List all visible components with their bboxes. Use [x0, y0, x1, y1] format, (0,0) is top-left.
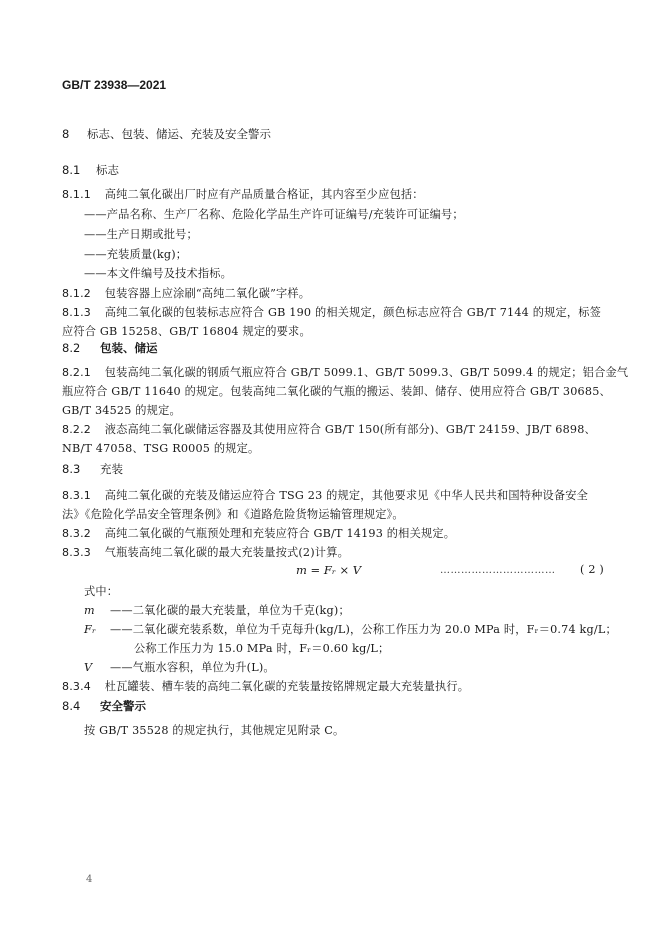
section-title: 包装、储运 — [100, 341, 158, 355]
formula-number: ( 2 ) — [580, 563, 604, 576]
clause-8-3-3: 8.3.3 气瓶装高纯二氧化碳的最大充装量按式(2)计算。 — [62, 544, 349, 560]
clause-text: 高纯二氧化碳的包装标志应符合 GB 190 的相关规定，颜色标志应符合 GB/T… — [105, 306, 601, 319]
section-8-1-heading: 8.1 标志 — [62, 162, 119, 178]
section-number: 8 — [62, 127, 69, 141]
clause-number: 8.3.2 — [62, 527, 91, 540]
section-title: 标志、包装、储运、充装及安全警示 — [87, 127, 271, 141]
clause-8-1-1: 8.1.1 高纯二氧化碳出厂时应有产品质量合格证，其内容至少应包括： — [62, 186, 424, 202]
variable-definition: m——二氧化碳的最大充装量，单位为千克(kg)； — [84, 602, 350, 618]
section-number: 8.3 — [62, 462, 80, 476]
clause-text-cont: 瓶应符合 GB/T 11640 的规定。包装高纯二氧化碳的气瓶的搬运、装卸、储存… — [62, 383, 611, 399]
clause-number: 8.1.3 — [62, 306, 91, 319]
list-item: ——产品名称、生产厂名称、危险化学品生产许可证编号/充装许可证编号； — [84, 206, 464, 222]
page-number: 4 — [86, 874, 92, 885]
clause-text: 包装容器上应涂刷“高纯二氧化碳”字样。 — [105, 287, 310, 300]
clause-8-3-1: 8.3.1 高纯二氧化碳的充装及储运应符合 TSG 23 的规定，其他要求见《中… — [62, 487, 588, 503]
clause-text: 包装高纯二氧化碳的钢质气瓶应符合 GB/T 5099.1、GB/T 5099.3… — [105, 366, 628, 379]
where-label: 式中： — [84, 583, 118, 599]
list-item: ——充装质量(kg)； — [84, 246, 187, 262]
clause-text: 液态高纯二氧化碳储运容器及其使用应符合 GB/T 150(所有部分)、GB/T … — [105, 423, 596, 436]
section-8-4-heading: 8.4 安全警示 — [62, 698, 146, 714]
clause-number: 8.1.1 — [62, 188, 91, 201]
clause-8-2-1: 8.2.1 包装高纯二氧化碳的钢质气瓶应符合 GB/T 5099.1、GB/T … — [62, 364, 628, 380]
clause-text: 气瓶装高纯二氧化碳的最大充装量按式(2)计算。 — [105, 546, 349, 559]
list-item: ——本文件编号及技术指标。 — [84, 265, 232, 281]
clause-number: 8.3.3 — [62, 546, 91, 559]
clause-number: 8.2.2 — [62, 423, 91, 436]
formula-leader-dots: …………………………… — [440, 565, 556, 576]
clause-text-cont: NB/T 47058、TSG R0005 的规定。 — [62, 440, 259, 456]
variable-definition: V——气瓶水容积，单位为升(L)。 — [84, 659, 275, 675]
formula: m = Fᵣ × V — [296, 563, 361, 577]
clause-text: 高纯二氧化碳的充装及储运应符合 TSG 23 的规定，其他要求见《中华人民共和国… — [105, 489, 588, 502]
clause-8-3-2: 8.3.2 高纯二氧化碳的气瓶预处理和充装应符合 GB/T 14193 的相关规… — [62, 525, 455, 541]
standard-header: GB/T 23938—2021 — [62, 78, 166, 92]
clause-8-1-3: 8.1.3 高纯二氧化碳的包装标志应符合 GB 190 的相关规定，颜色标志应符… — [62, 304, 601, 320]
variable-definition: Fᵣ——二氧化碳充装系数，单位为千克每升(kg/L)，公称工作压力为 20.0 … — [84, 621, 617, 637]
section-title: 安全警示 — [100, 699, 146, 713]
clause-8-2-2: 8.2.2 液态高纯二氧化碳储运容器及其使用应符合 GB/T 150(所有部分)… — [62, 421, 596, 437]
clause-text-cont: 法》《危险化学品安全管理条例》和《道路危险货物运输管理规定》。 — [62, 506, 404, 522]
clause-number: 8.1.2 — [62, 287, 91, 300]
variable-symbol: V — [84, 661, 110, 674]
section-title: 标志 — [96, 163, 119, 177]
variable-desc: ——二氧化碳的最大充装量，单位为千克(kg)； — [110, 604, 350, 617]
list-item: ——生产日期或批号； — [84, 226, 198, 242]
clause-text: 高纯二氧化碳的气瓶预处理和充装应符合 GB/T 14193 的相关规定。 — [105, 527, 455, 540]
section-8-2-heading: 8.2 包装、储运 — [62, 340, 157, 356]
clause-text-cont: 应符合 GB 15258、GB/T 16804 规定的要求。 — [62, 323, 311, 339]
section-title: 充装 — [100, 462, 123, 476]
section-8-heading: 8 标志、包装、储运、充装及安全警示 — [62, 126, 271, 142]
clause-number: 8.2.1 — [62, 366, 91, 379]
section-8-4-text: 按 GB/T 35528 的规定执行，其他规定见附录 C。 — [84, 722, 344, 738]
clause-text-cont: GB/T 34525 的规定。 — [62, 402, 181, 418]
section-number: 8.2 — [62, 341, 80, 355]
variable-desc: ——二氧化碳充装系数，单位为千克每升(kg/L)，公称工作压力为 20.0 MP… — [110, 623, 617, 636]
clause-text: 杜瓦罐装、槽车装的高纯二氧化碳的充装量按铭牌规定最大充装量执行。 — [105, 680, 469, 693]
variable-desc: ——气瓶水容积，单位为升(L)。 — [110, 661, 275, 674]
clause-number: 8.3.1 — [62, 489, 91, 502]
variable-symbol: m — [84, 604, 110, 617]
variable-symbol: Fᵣ — [84, 623, 110, 636]
clause-8-3-4: 8.3.4 杜瓦罐装、槽车装的高纯二氧化碳的充装量按铭牌规定最大充装量执行。 — [62, 678, 469, 694]
section-number: 8.4 — [62, 699, 80, 713]
section-8-3-heading: 8.3 充装 — [62, 461, 123, 477]
clause-text: 高纯二氧化碳出厂时应有产品质量合格证，其内容至少应包括： — [105, 188, 424, 201]
section-number: 8.1 — [62, 163, 80, 177]
clause-number: 8.3.4 — [62, 680, 91, 693]
clause-8-1-2: 8.1.2 包装容器上应涂刷“高纯二氧化碳”字样。 — [62, 285, 310, 301]
variable-desc-cont: 公称工作压力为 15.0 MPa 时，Fᵣ＝0.60 kg/L； — [134, 640, 389, 656]
